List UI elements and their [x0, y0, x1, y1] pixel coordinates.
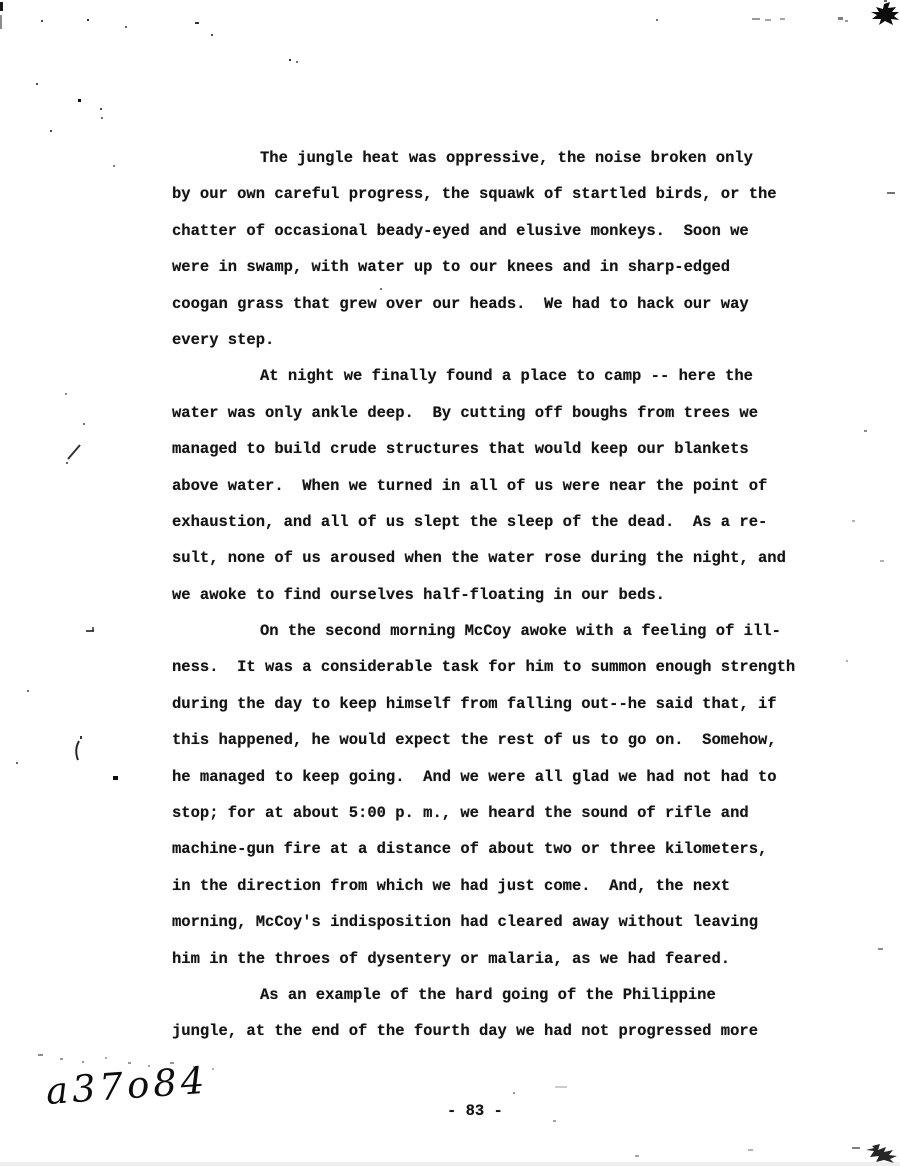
text-line: him in the throes of dysentery or malari…	[172, 941, 872, 977]
text-line: chatter of occasional beady-eyed and elu…	[172, 213, 872, 249]
text-line: we awoke to find ourselves half-floating…	[172, 577, 872, 613]
paragraph: On the second morning McCoy awoke with a…	[172, 613, 872, 977]
paragraph: As an example of the hard going of the P…	[172, 977, 872, 1050]
document-body: The jungle heat was oppressive, the nois…	[172, 140, 872, 1050]
handwritten-annotation: a37o84	[45, 1059, 210, 1113]
text-line: sult, none of us aroused when the water …	[172, 540, 872, 576]
text-line: morning, McCoy's indisposition had clear…	[172, 904, 872, 940]
text-line: during the day to keep himself from fall…	[172, 686, 872, 722]
text-line: ness. It was a considerable task for him…	[172, 649, 872, 685]
text-line: machine-gun fire at a distance of about …	[172, 831, 872, 867]
page-number: - 83 -	[447, 1102, 503, 1120]
text-line: As an example of the hard going of the P…	[172, 977, 872, 1013]
text-line: this happened, he would expect the rest …	[172, 722, 872, 758]
text-line: were in swamp, with water up to our knee…	[172, 249, 872, 285]
paragraph: At night we finally found a place to cam…	[172, 358, 872, 613]
text-line: every step.	[172, 322, 872, 358]
text-line: by our own careful progress, the squawk …	[172, 176, 872, 212]
text-line: At night we finally found a place to cam…	[172, 358, 872, 394]
text-line: stop; for at about 5:00 p. m., we heard …	[172, 795, 872, 831]
text-line: he managed to keep going. And we were al…	[172, 759, 872, 795]
text-line: exhaustion, and all of us slept the slee…	[172, 504, 872, 540]
text-line: The jungle heat was oppressive, the nois…	[172, 140, 872, 176]
text-line: in the direction from which we had just …	[172, 868, 872, 904]
text-line: above water. When we turned in all of us…	[172, 468, 872, 504]
text-line: water was only ankle deep. By cutting of…	[172, 395, 872, 431]
text-line: managed to build crude structures that w…	[172, 431, 872, 467]
document-page: The jungle heat was oppressive, the nois…	[0, 0, 900, 1166]
paragraph: The jungle heat was oppressive, the nois…	[172, 140, 872, 358]
text-line: jungle, at the end of the fourth day we …	[172, 1013, 872, 1049]
text-line: On the second morning McCoy awoke with a…	[172, 613, 872, 649]
text-line: coogan grass that grew over our heads. W…	[172, 286, 872, 322]
